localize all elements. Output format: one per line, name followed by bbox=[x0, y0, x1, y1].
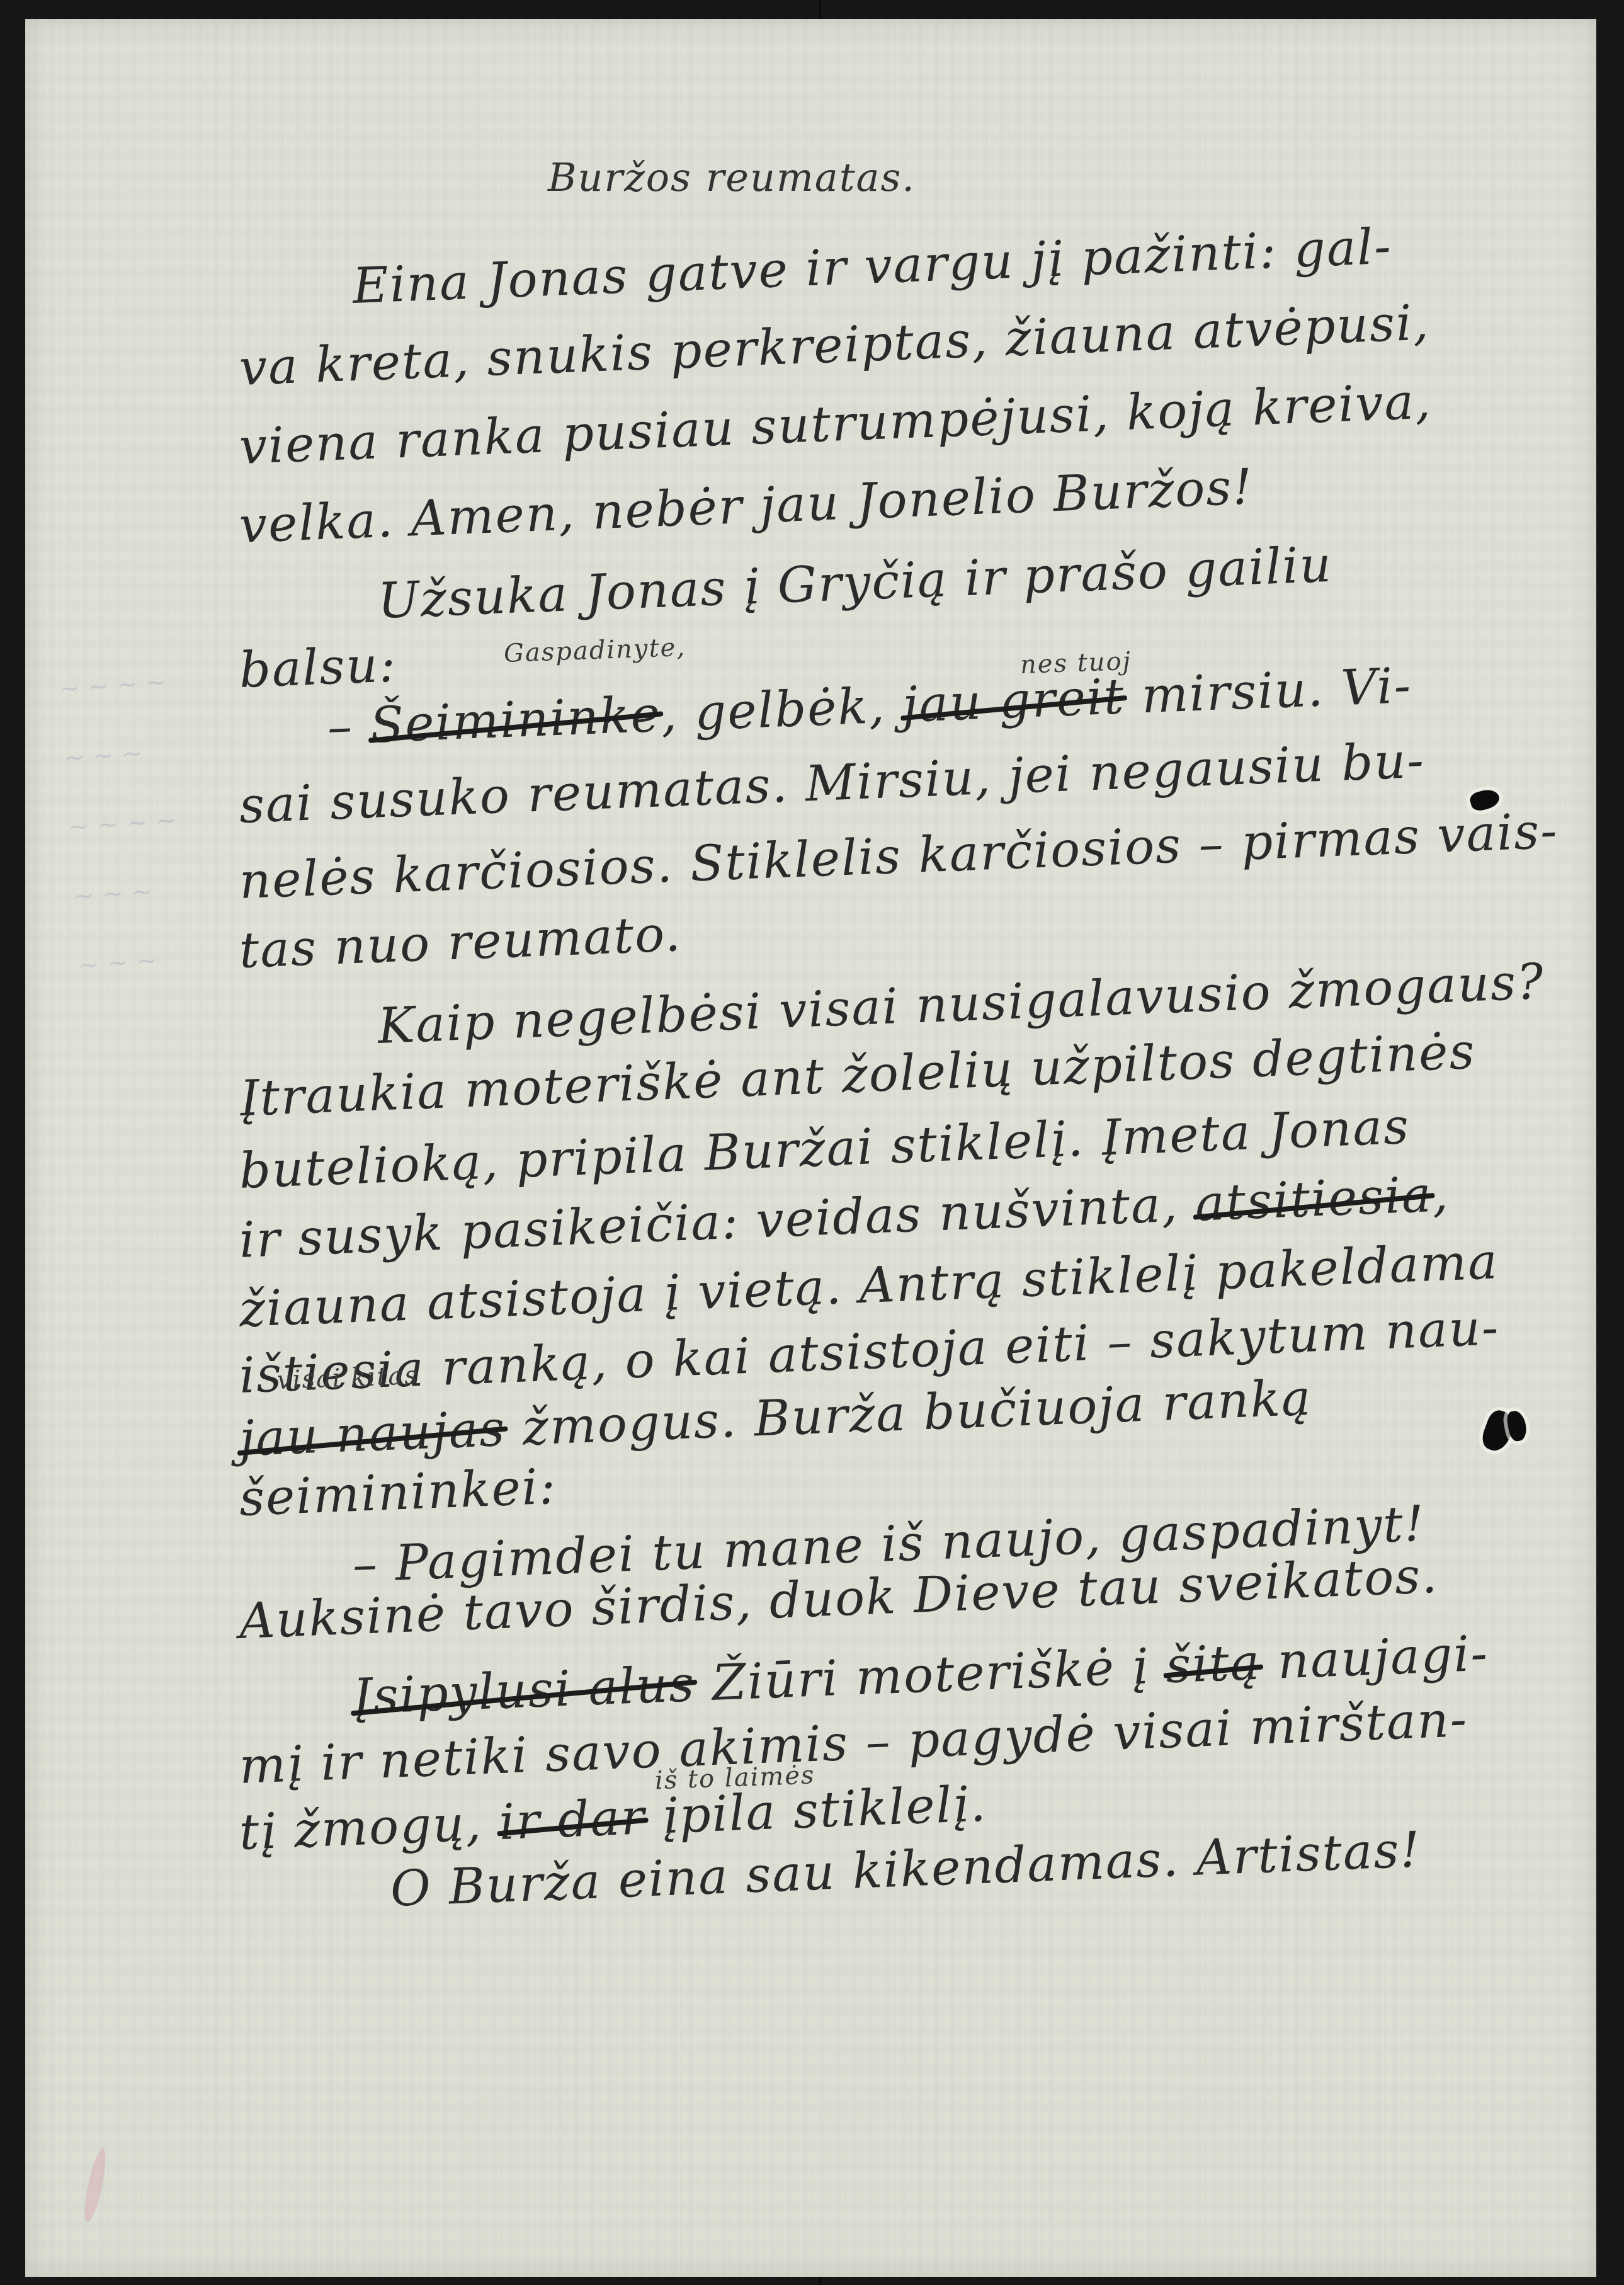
text-line: Užsuka Jonas į Gryčią ir prašo gailiu bbox=[377, 537, 1333, 630]
handwritten-text: Buržos reumatas. Eina Jonas gatve ir var… bbox=[0, 0, 1624, 2285]
insertion-note: visai kitas bbox=[276, 1361, 419, 1395]
line-segment: – bbox=[326, 698, 354, 756]
insertion-note: Gaspadinyte, bbox=[503, 633, 686, 668]
line-segment: Žiūri moteriškė į bbox=[711, 1638, 1150, 1712]
struck-word: jau greit bbox=[901, 668, 1126, 733]
text-line: balsu: bbox=[238, 636, 397, 699]
line-segment: tį žmogų, bbox=[238, 1795, 483, 1861]
text-line: velka. Amen, nebėr jau Jonelio Buržos! bbox=[238, 459, 1254, 554]
line-segment: naujagi- bbox=[1276, 1626, 1489, 1690]
struck-word: Įsipylusi alus bbox=[351, 1656, 696, 1726]
line-segment: mirsiu. Vi- bbox=[1140, 658, 1412, 724]
line-segment: ir susyk bbox=[238, 1205, 445, 1269]
line-segment: , gelbėk, bbox=[660, 678, 887, 743]
line-segment: pasikeičia: veidas nušvinta, bbox=[459, 1177, 1179, 1261]
struck-word: Šeimininke bbox=[369, 687, 662, 755]
struck-word: atsitiesia bbox=[1194, 1166, 1433, 1232]
struck-word: ir dar bbox=[498, 1789, 647, 1851]
text-line: Eina Jonas gatve ir vargu jį pažinti: ga… bbox=[351, 219, 1393, 315]
struck-word: jau naujas bbox=[238, 1401, 507, 1467]
text-line: tas nuo reumato. bbox=[238, 906, 683, 979]
struck-word: šitą bbox=[1165, 1634, 1262, 1695]
line-segment: įpila stiklelį. bbox=[661, 1775, 988, 1845]
text-line: šeimininkei: bbox=[238, 1459, 557, 1527]
manuscript-title: Buržos reumatas. bbox=[548, 154, 916, 200]
